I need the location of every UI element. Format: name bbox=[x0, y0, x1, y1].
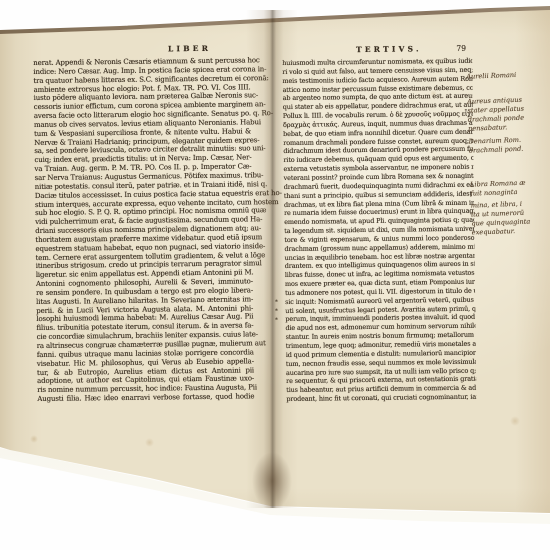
page-number: 79 bbox=[456, 42, 466, 55]
right-page: TERTIVS. 79 huiusmodi multa circumferunt… bbox=[282, 42, 476, 404]
book-photo: LIBER nerat. Appendi & Neronis Cæsaris e… bbox=[0, 0, 550, 550]
note-line: drachmali pond. bbox=[469, 143, 550, 155]
left-page-text-block: nerat. Appendi & Neronis Cæsaris etiamnu… bbox=[33, 56, 254, 404]
margin-mark-icon: ⁎ bbox=[275, 315, 278, 324]
foxing-spot bbox=[30, 435, 38, 443]
margin-mark-icon: ⁎ bbox=[275, 297, 278, 306]
margin-note: Denarium Rom.drachmali pond. bbox=[468, 134, 550, 155]
margin-note: Aureus antiquusstater appellatusdrachmal… bbox=[467, 94, 550, 133]
right-running-head: TERTIVS. bbox=[356, 42, 422, 56]
note-line: pensabatur. bbox=[468, 121, 550, 133]
margin-notes: Aurelii Romani Aureus antiquusstater app… bbox=[466, 69, 550, 237]
right-page-text-block: huiusmodi multa circumferuntur nomismata… bbox=[282, 57, 476, 404]
margin-note: Libra Romana æfuit nonaginta bbox=[470, 177, 550, 198]
margin-reference-marks: ⁎⁎⁎ bbox=[275, 297, 278, 324]
foxing-spot bbox=[510, 416, 520, 426]
note-line: Aurelii Romani bbox=[466, 69, 550, 81]
left-page: LIBER nerat. Appendi & Neronis Cæsaris e… bbox=[33, 41, 254, 404]
foxing-spot bbox=[145, 438, 154, 447]
margin-mark-icon: ⁎ bbox=[275, 306, 278, 315]
note-line: fuit nonaginta bbox=[470, 186, 550, 198]
margin-note: Aurelii Romani bbox=[466, 69, 550, 81]
margin-note: mina, et libra, iita ut numerorūque quin… bbox=[471, 198, 550, 237]
